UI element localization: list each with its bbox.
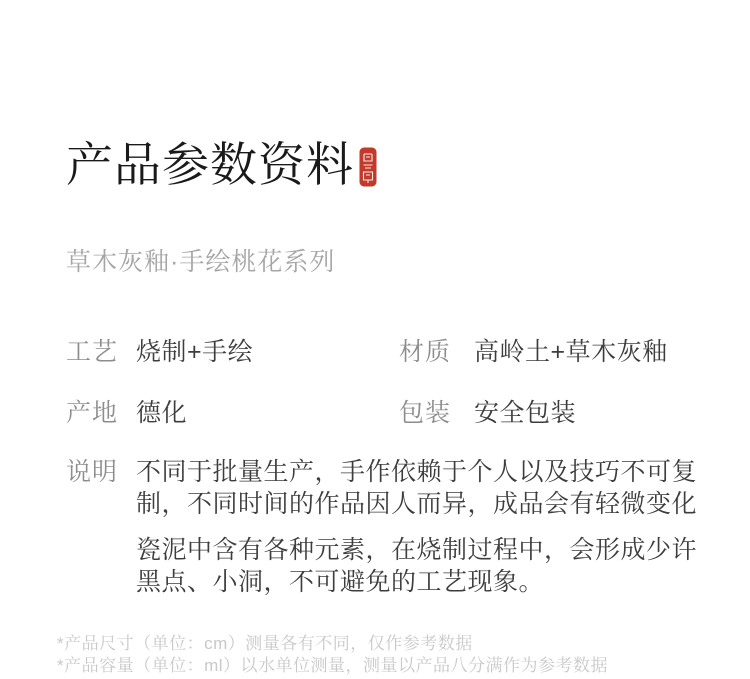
product-specs-panel: 产品参数资料 草木灰釉·手绘桃花系列 工艺 烧制+手绘 材质 高岭土+草木灰釉 …: [0, 0, 750, 679]
note-body: 不同于批量生产，手作依赖于个人以及技巧不可复 制，不同时间的作品因人而异，成品会…: [136, 456, 711, 612]
footnote-capacity: *产品容量（单位：ml）以水单位测量，测量以产品八分满作为参考数据: [57, 655, 608, 677]
footnote-size: *产品尺寸（单位：cm）测量各有不同，仅作参考数据: [57, 633, 473, 655]
note-paragraph: 不同于批量生产，手作依赖于个人以及技巧不可复 制，不同时间的作品因人而异，成品会…: [136, 456, 711, 520]
title-row: 产品参数资料: [66, 138, 377, 194]
spec-label-note: 说明: [66, 456, 118, 488]
spec-value-material: 高岭土+草木灰釉: [474, 336, 668, 368]
note-line: 不同于批量生产，手作依赖于个人以及技巧不可复: [136, 456, 711, 488]
seal-stamp-icon: [359, 147, 377, 187]
note-line: 制，不同时间的作品因人而异，成品会有轻微变化: [136, 488, 711, 520]
spec-value-packaging: 安全包装: [474, 397, 576, 429]
note-line: 瓷泥中含有各种元素，在烧制过程中，会形成少许: [136, 534, 711, 566]
page-title: 产品参数资料: [66, 138, 354, 194]
spec-value-origin: 德化: [136, 397, 187, 429]
note-paragraph: 瓷泥中含有各种元素，在烧制过程中，会形成少许 黑点、小洞，不可避免的工艺现象。: [136, 534, 711, 598]
spec-label-material: 材质: [399, 336, 451, 368]
note-line: 黑点、小洞，不可避免的工艺现象。: [136, 566, 711, 598]
spec-value-craft: 烧制+手绘: [136, 336, 253, 368]
spec-label-packaging: 包装: [399, 397, 451, 429]
series-subtitle: 草木灰釉·手绘桃花系列: [66, 246, 335, 278]
spec-label-craft: 工艺: [66, 336, 118, 368]
spec-label-origin: 产地: [66, 397, 118, 429]
